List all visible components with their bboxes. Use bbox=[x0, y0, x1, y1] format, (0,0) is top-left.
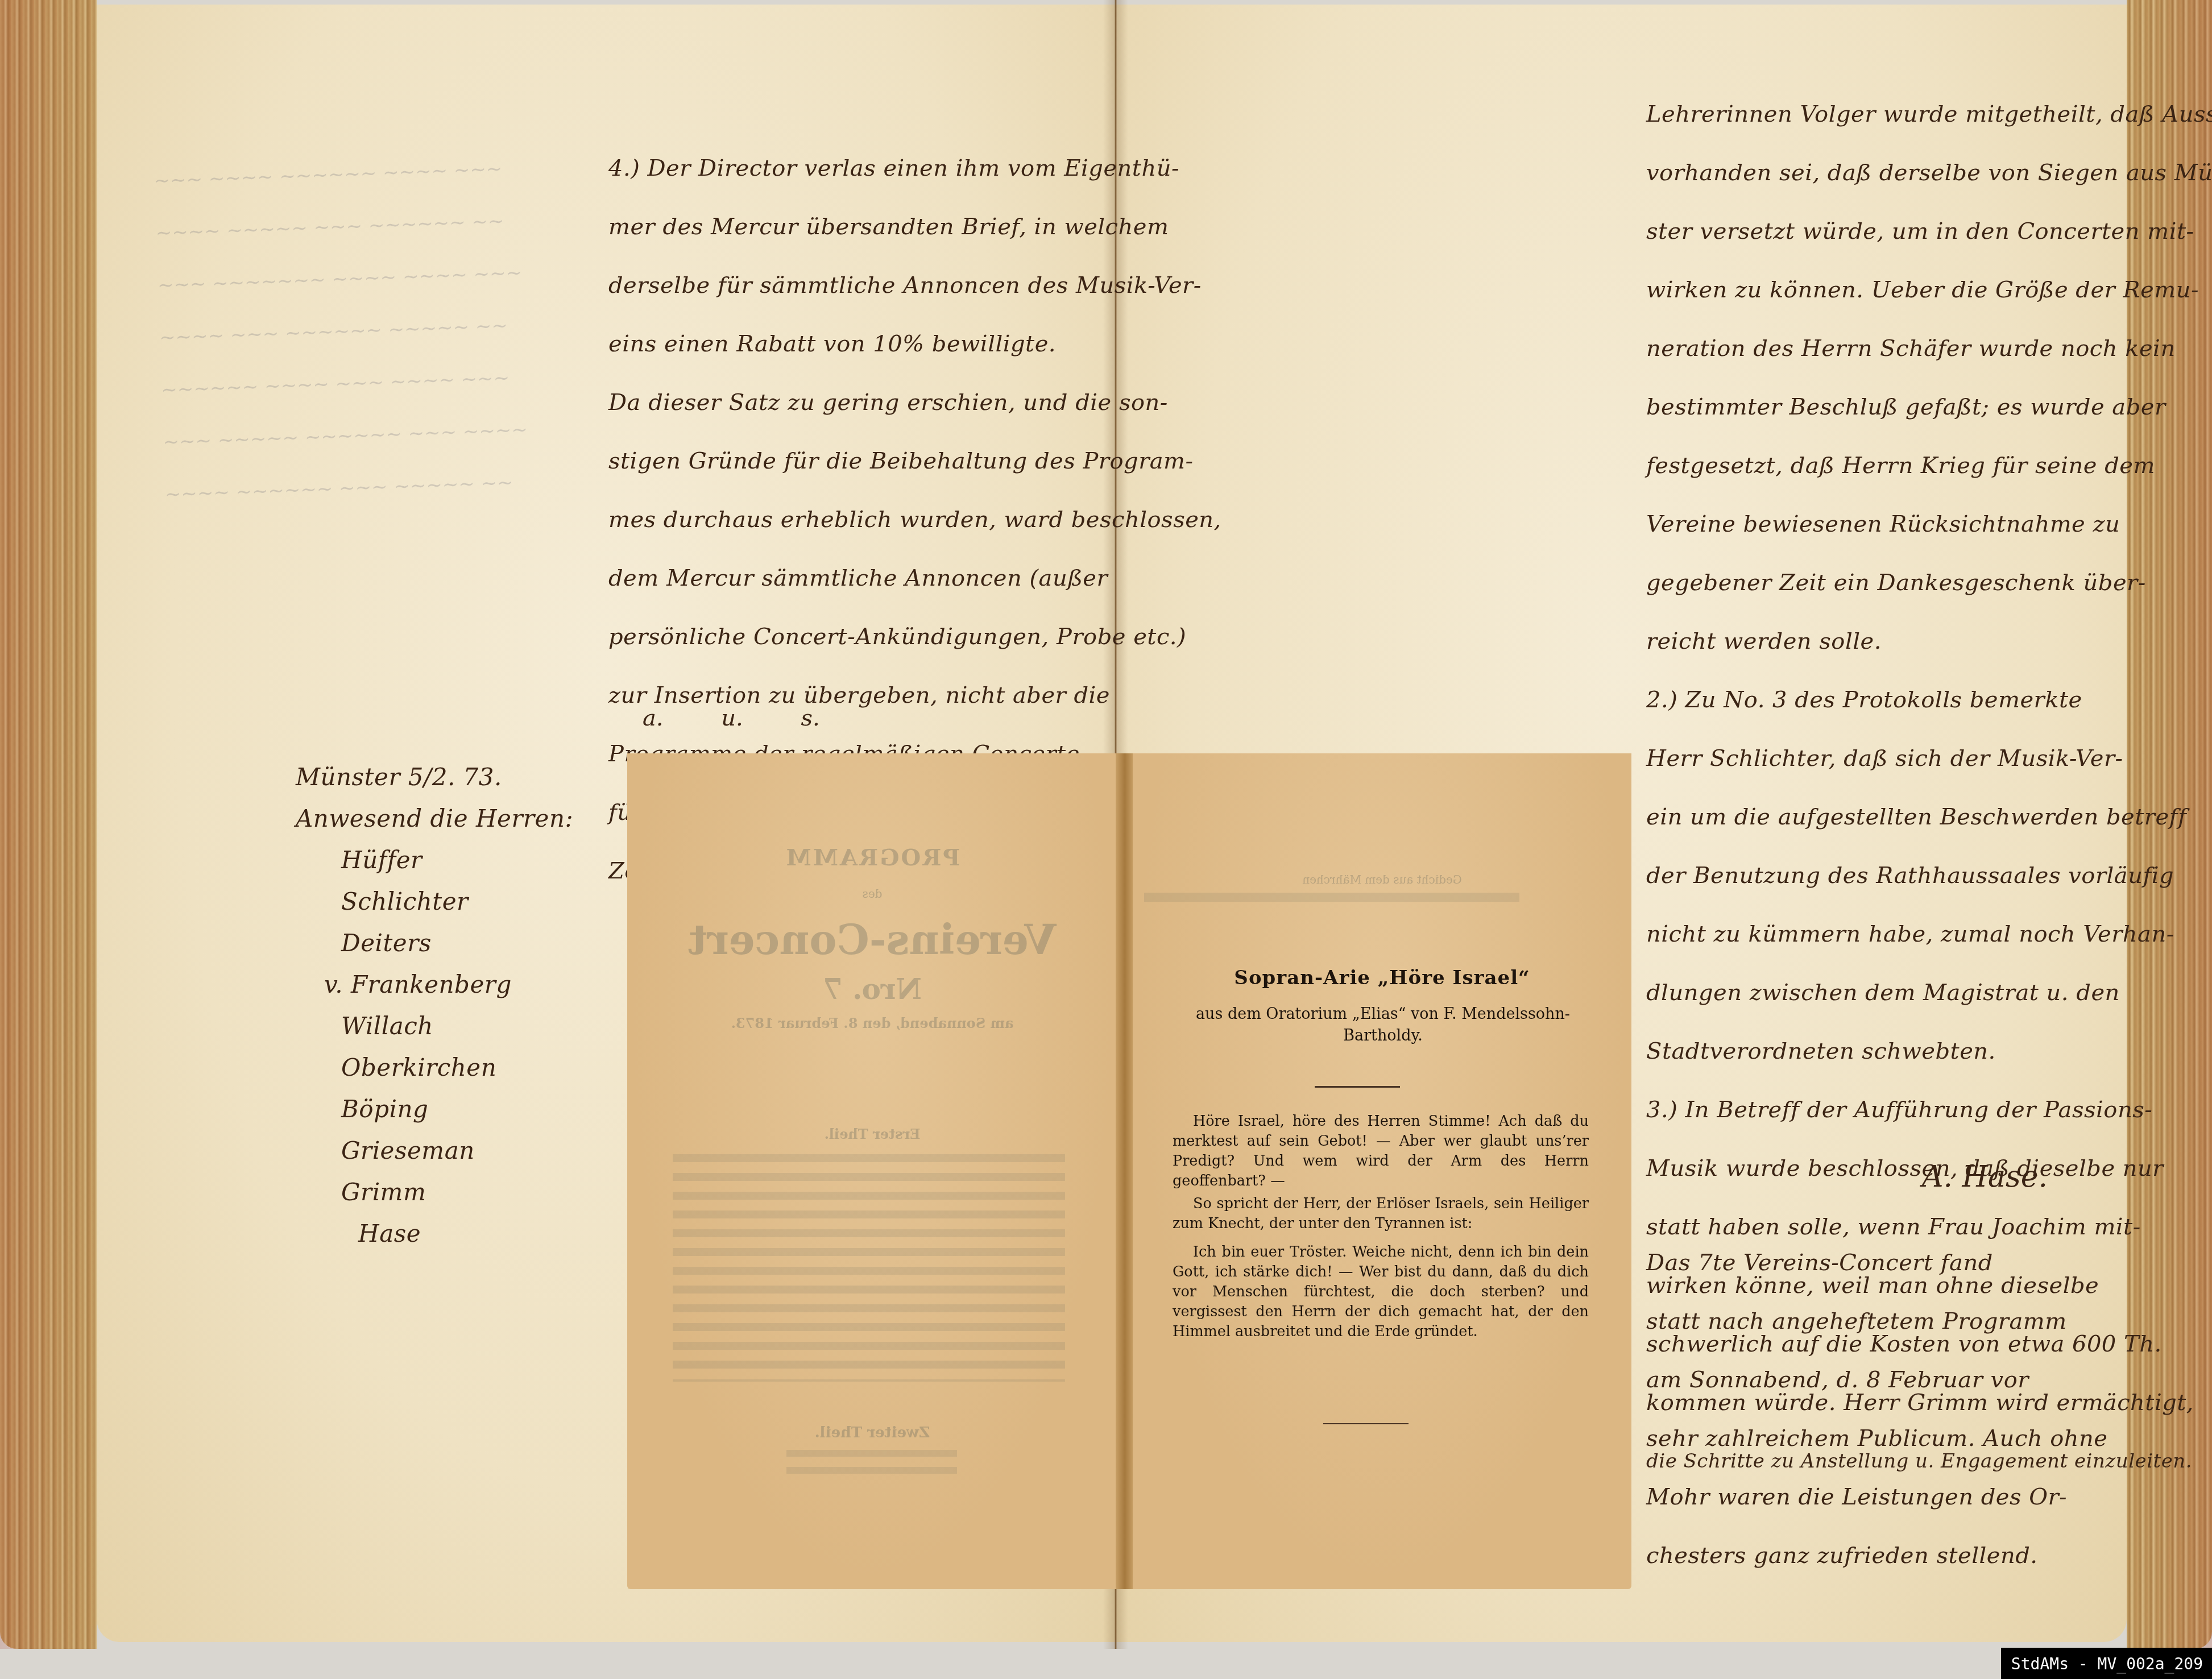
handwritten-line: eins einen Rabatt von 10% bewilligte. bbox=[608, 315, 1120, 374]
leaflet-right-leaf: Gedicht aus dem Mährchen Sopran-Arie „Hö… bbox=[1133, 753, 1631, 1589]
item-2-line: 2.) Zu No. 3 des Protokolls bemerkte bbox=[1646, 671, 2158, 729]
handwritten-line: neration des Herrn Schäfer wurde noch ke… bbox=[1646, 320, 2158, 378]
aria-verse: Ich bin euer Tröster. Weiche nicht, denn… bbox=[1173, 1242, 1589, 1342]
concert-note-line: Das 7te Vereins-Concert fand bbox=[1646, 1234, 2158, 1292]
handwritten-line: reicht werden solle. bbox=[1646, 612, 2158, 671]
attendee-name: Grimm bbox=[296, 1171, 557, 1213]
concert-note: Das 7te Vereins-Concert fand statt nach … bbox=[1646, 1234, 2158, 1585]
bleed-part-two-listing bbox=[786, 1450, 957, 1478]
item-2-line: ein um die aufgestellten Beschwerden bet… bbox=[1646, 788, 2158, 847]
bleed-title: Vereins-Concert bbox=[627, 915, 1117, 964]
divider-rule-bottom bbox=[1323, 1423, 1409, 1424]
bleed-program-listing bbox=[673, 1154, 1065, 1382]
handwritten-line: stigen Gründe für die Beibehaltung des P… bbox=[608, 432, 1120, 491]
concert-note-line: am Sonnabend, d. 8 Februar vor bbox=[1646, 1351, 2158, 1409]
handwritten-line: 4.) Der Director verlas einen ihm vom Ei… bbox=[608, 139, 1120, 198]
attendee-name: Böping bbox=[296, 1088, 557, 1130]
handwritten-line: Lehrerinnen Volger wurde mitgetheilt, da… bbox=[1646, 85, 2158, 144]
item-2-line: der Benutzung des Rathhaussaales vorläuf… bbox=[1646, 847, 2158, 905]
concert-note-line: Mohr waren die Leistungen des Or- bbox=[1646, 1468, 2158, 1527]
handwritten-line: ster versetzt würde, um in den Concerten… bbox=[1646, 202, 2158, 261]
handwritten-line: vorhanden sei, daß derselbe von Siegen a… bbox=[1646, 144, 2158, 202]
aria-subtitle-line-1: aus dem Oratorium „Elias“ von F. Mendels… bbox=[1173, 1004, 1593, 1025]
handwritten-line: derselbe für sämmtliche Annoncen des Mus… bbox=[608, 256, 1120, 315]
attendee-name: Willach bbox=[296, 1005, 557, 1047]
divider-rule bbox=[1315, 1086, 1400, 1088]
attendance-date: Münster 5/2. 73. bbox=[296, 756, 557, 798]
handwritten-line: mes durchaus erheblich wurden, ward besc… bbox=[608, 491, 1120, 549]
bleed-sub: des bbox=[627, 887, 1117, 901]
bleed-date: am Sonnabend, den 8. Februar 1873. bbox=[627, 1015, 1117, 1031]
concert-note-line: chesters ganz zufrieden stellend. bbox=[1646, 1527, 2158, 1585]
item-2-line: dlungen zwischen dem Magistrat u. den bbox=[1646, 964, 2158, 1022]
handwritten-line: Da dieser Satz zu gering erschien, und d… bbox=[608, 374, 1120, 432]
bleed-programm: PROGRAMM bbox=[627, 844, 1117, 871]
bleed-top-line bbox=[1144, 893, 1519, 902]
aria-title: Sopran-Arie „Höre Israel“ bbox=[1133, 967, 1631, 989]
closing-marks: a. u. s. bbox=[643, 705, 820, 731]
handwritten-line: bestimmter Beschluß gefaßt; es wurde abe… bbox=[1646, 378, 2158, 437]
handwritten-line: festgesetzt, daß Herrn Krieg für seine d… bbox=[1646, 437, 2158, 495]
aria-verse: So spricht der Herr, der Erlöser Israels… bbox=[1173, 1194, 1589, 1234]
handwritten-line: wirken zu können. Ueber die Größe der Re… bbox=[1646, 261, 2158, 320]
item-2-line: nicht zu kümmern habe, zumal noch Verhan… bbox=[1646, 905, 2158, 964]
handwritten-line: mer des Mercur übersandten Brief, in wel… bbox=[608, 198, 1120, 256]
bleed-part-two: Zweiter Theil. bbox=[627, 1424, 1117, 1441]
leaflet-fold bbox=[1116, 753, 1134, 1589]
bleed-number: Nro. 7 bbox=[627, 972, 1117, 1006]
archive-label: StdAMs - MV_002a_209 bbox=[2001, 1648, 2212, 1679]
signature: A. Hase. bbox=[1922, 1160, 2048, 1194]
aria-verse: Höre Israel, höre des Herren Stimme! Ach… bbox=[1173, 1112, 1589, 1191]
attendance-list: Münster 5/2. 73. Anwesend die Herren: Hü… bbox=[296, 756, 557, 1254]
bleed-top-heading: Gedicht aus dem Mährchen bbox=[1133, 873, 1631, 886]
handwritten-line: dem Mercur sämmtliche Annoncen (außer bbox=[608, 549, 1120, 608]
bleed-part-one: Erster Theil. bbox=[627, 1126, 1117, 1142]
item-2-line: Stadtverordneten schwebten. bbox=[1646, 1022, 2158, 1081]
attendee-name: Oberkirchen bbox=[296, 1047, 557, 1088]
aria-subtitle-line-2: Bartholdy. bbox=[1173, 1025, 1593, 1047]
attendee-name: Grieseman bbox=[296, 1130, 557, 1171]
attendee-name: Hüffer bbox=[296, 839, 557, 881]
concert-note-line: sehr zahlreichem Publicum. Auch ohne bbox=[1646, 1409, 2158, 1468]
aria-subtitle: aus dem Oratorium „Elias“ von F. Mendels… bbox=[1173, 1004, 1593, 1047]
attendee-name: Schlichter bbox=[296, 881, 557, 922]
handwritten-line: persönliche Concert-Ankündigungen, Probe… bbox=[608, 608, 1120, 666]
book-fore-edge-left bbox=[0, 0, 97, 1649]
concert-note-line: statt nach angeheftetem Programm bbox=[1646, 1292, 2158, 1351]
leaflet-left-leaf: PROGRAMM des Vereins-Concert Nro. 7 am S… bbox=[627, 753, 1117, 1589]
handwritten-line: Vereine bewiesenen Rücksichtnahme zu bbox=[1646, 495, 2158, 554]
handwritten-line: gegebener Zeit ein Dankesgeschenk über- bbox=[1646, 554, 2158, 612]
attendee-name: v. Frankenberg bbox=[296, 964, 557, 1005]
attendee-name: Deiters bbox=[296, 922, 557, 964]
attendee-name: Hase bbox=[296, 1213, 557, 1254]
item-3-line: Musik wurde beschlossen, daß dieselbe nu… bbox=[1646, 1139, 2158, 1198]
item-3-line: 3.) In Betreff der Aufführung der Passio… bbox=[1646, 1081, 2158, 1139]
item-2-line: Herr Schlichter, daß sich der Musik-Ver- bbox=[1646, 729, 2158, 788]
bleed-through-handwriting: ~~~ ~~~~ ~~~~~~ ~~~~ ~~~ ~~~~ ~~~~~ ~~~ … bbox=[153, 141, 564, 521]
attendance-heading: Anwesend die Herren: bbox=[296, 798, 557, 839]
